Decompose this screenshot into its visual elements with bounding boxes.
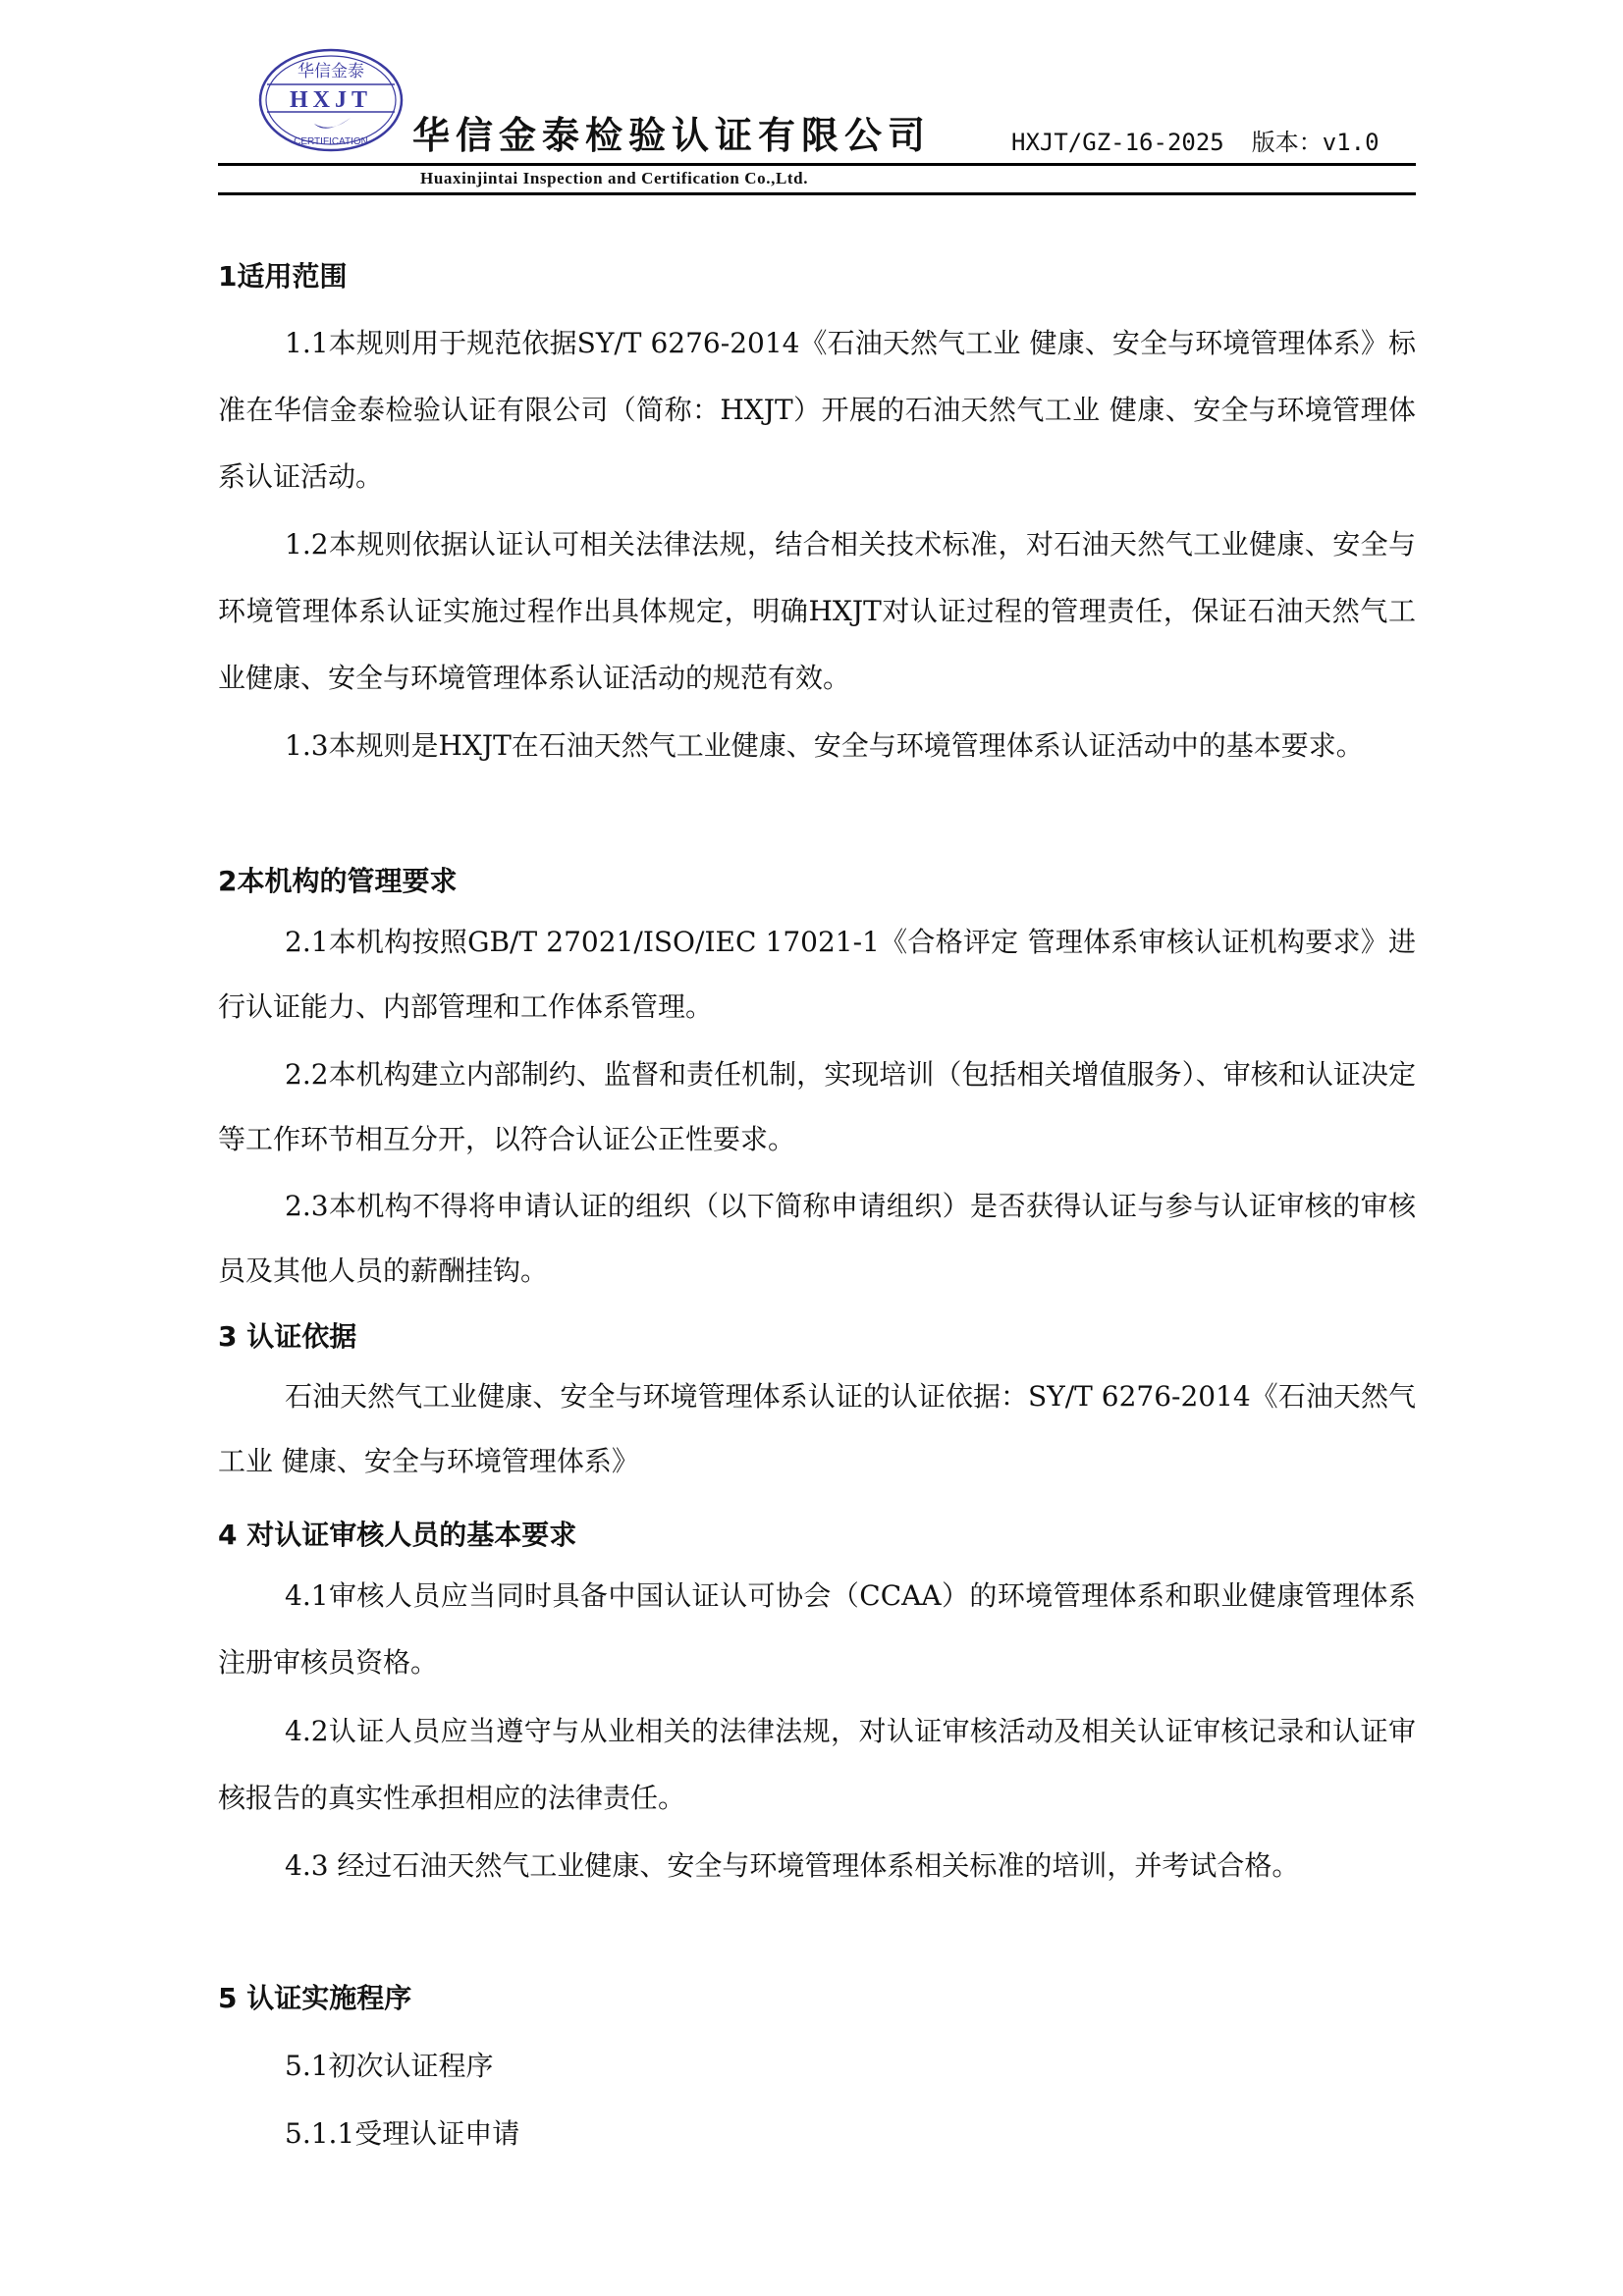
section-heading-4: 4 对认证审核人员的基本要求 bbox=[218, 1514, 576, 1553]
paragraph-1-2: 1.2本规则依据认证认可相关法律法规，结合相关技术标准，对石油天然气工业健康、安… bbox=[218, 511, 1416, 712]
paragraph-2-1: 2.1本机构按照GB/T 27021/ISO/IEC 17021-1《合格评定 … bbox=[218, 910, 1416, 1040]
section-heading-1: 1适用范围 bbox=[218, 255, 347, 294]
paragraph-4-1: 4.1审核人员应当同时具备中国认证认可协会（CCAA）的环境管理体系和职业健康管… bbox=[218, 1563, 1416, 1696]
paragraph-4-3: 4.3 经过石油天然气工业健康、安全与环境管理体系相关标准的培训，并考试合格。 bbox=[218, 1833, 1416, 1899]
svg-text:华信金泰: 华信金泰 bbox=[298, 62, 364, 81]
svg-text:CERTIFICATION: CERTIFICATION bbox=[294, 136, 368, 147]
section-heading-2: 2本机构的管理要求 bbox=[218, 860, 457, 899]
header-divider-bottom bbox=[218, 192, 1416, 195]
company-name-en: Huaxinjintai Inspection and Certificatio… bbox=[420, 167, 808, 190]
company-name-cn: 华信金泰检验认证有限公司 bbox=[412, 114, 931, 157]
header-divider-top bbox=[218, 163, 1416, 166]
paragraph-3-1: 石油天然气工业健康、安全与环境管理体系认证的认证依据：SY/T 6276-201… bbox=[218, 1364, 1416, 1494]
document-page: 华信金泰 HXJT CERTIFICATION 华信金泰检验认证有限公司 HXJ… bbox=[0, 0, 1623, 2296]
paragraph-1-1: 1.1本规则用于规范依据SY/T 6276-2014《石油天然气工业 健康、安全… bbox=[218, 310, 1416, 510]
subsection-5-1: 5.1初次认证程序 bbox=[285, 2045, 494, 2084]
subsection-5-1-1: 5.1.1受理认证申请 bbox=[285, 2112, 519, 2152]
paragraph-2-2: 2.2本机构建立内部制约、监督和责任机制，实现培训（包括相关增值服务）、审核和认… bbox=[218, 1042, 1416, 1172]
paragraph-2-3: 2.3本机构不得将申请认证的组织（以下简称申请组织）是否获得认证与参与认证审核的… bbox=[218, 1174, 1416, 1304]
section-heading-5: 5 认证实施程序 bbox=[218, 1977, 411, 2016]
svg-text:HXJT: HXJT bbox=[290, 87, 372, 113]
paragraph-1-3: 1.3本规则是HXJT在石油天然气工业健康、安全与环境管理体系认证活动中的基本要… bbox=[218, 713, 1416, 779]
paragraph-4-2: 4.2认证人员应当遵守与从业相关的法律法规，对认证审核活动及相关认证审核记录和认… bbox=[218, 1698, 1416, 1832]
version-label: 版本：v1.0 bbox=[1252, 129, 1380, 156]
doc-code-number: HXJT/GZ-16-2025 bbox=[1011, 129, 1224, 156]
document-code: HXJT/GZ-16-2025版本：v1.0 bbox=[1011, 128, 1380, 157]
hxjt-logo: 华信金泰 HXJT CERTIFICATION bbox=[257, 47, 405, 153]
certification-seal-icon: 华信金泰 HXJT CERTIFICATION bbox=[257, 47, 405, 153]
section-heading-3: 3 认证依据 bbox=[218, 1315, 356, 1355]
